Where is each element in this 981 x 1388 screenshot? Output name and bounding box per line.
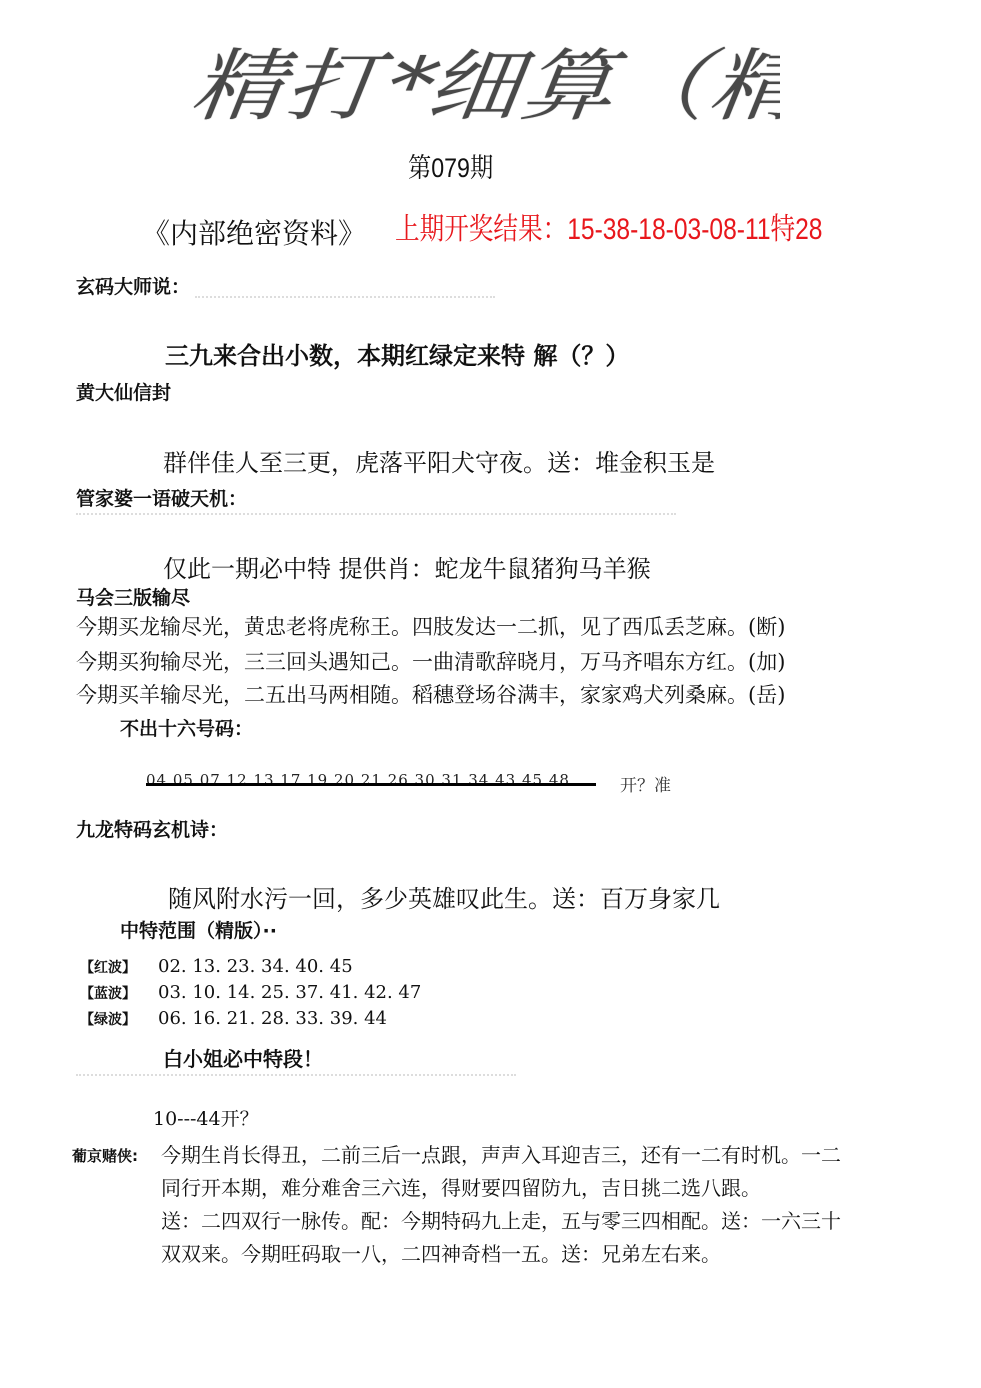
strikethrough-line [146, 783, 596, 786]
gambler-line: 今期生肖长得丑，二前三后一点跟，声声入耳迎吉三，还有一二有时机。一二 [161, 1139, 841, 1168]
housekeeper-text: 仅此一期必中特 提供肖：蛇龙牛鼠猪狗马羊猴 [163, 549, 651, 584]
miss-white-label: 白小姐必中特段！ [163, 1043, 323, 1072]
masthead-title-container: 精打*细算（精版） [180, 20, 780, 135]
faint-divider [76, 1074, 516, 1078]
nine-dragons-label: 九龙特码玄机诗： [76, 815, 228, 842]
wong-tai-sin-text: 群伴佳人至三更，虎落平阳犬守夜。送：堆金积玉是 [163, 443, 715, 478]
faint-divider [195, 296, 495, 300]
housekeeper-label: 管家婆一语破天机： [76, 484, 247, 511]
jockey-club-line: 今期买狗输尽光，三三回头遇知己。一曲清歌辞晓月，万马齐唱东方红。(加) [76, 646, 785, 676]
last-result-numbers: 15-38-18-03-08-11 [567, 213, 770, 246]
master-text: 三九来合出小数，本期红绿定来特 解（？） [165, 336, 629, 371]
wave-tag: 【红波】 [80, 957, 158, 977]
gambler-line: 同行开本期，难分难舍三六连，得财要四留防九，吉日挑二选八跟。 [161, 1172, 761, 1201]
masthead-title: 精打*细算（精版） [180, 37, 780, 135]
range-label: 中特范围（精版）·· [120, 916, 277, 943]
wong-tai-sin-label: 黄大仙信封 [76, 378, 171, 405]
master-label: 玄码大师说： [76, 272, 190, 299]
gambler-line: 送：二四双行一脉传。配：今期特码九上走，五与零三四相配。送：一六三十 [161, 1205, 841, 1234]
excluded-numbers: 04 05 07 12 13 17 19 20 21 26 30 31 34 4… [146, 771, 570, 789]
faint-divider [76, 513, 676, 517]
jockey-club-line: 今期买羊输尽光，二五出马两相随。稻穗登场谷满丰，家家鸡犬列桑麻。(岳) [76, 679, 785, 709]
wave-tag: 【蓝波】 [80, 983, 158, 1003]
last-result-label: 上期开奖结果： [395, 213, 567, 246]
no-sixteen-label: 不出十六号码： [120, 714, 253, 741]
gambler-label: 葡京赌侠: [72, 1145, 138, 1166]
jockey-club-line: 今期买龙输尽光，黄忠老将虎称王。四肢发达一二抓，见了西瓜丢芝麻。(断) [76, 611, 785, 641]
wave-numbers: 06. 16. 21. 28. 33. 39. 44 [158, 1008, 387, 1029]
miss-white-text: 10---44开？ [153, 1104, 259, 1131]
wave-numbers: 03. 10. 14. 25. 37. 41. 42. 47 [158, 982, 421, 1003]
last-draw-result: 上期开奖结果：15-38-18-03-08-11特28 [395, 204, 822, 248]
issue-number: 第079期 [408, 146, 493, 185]
blue-wave-row: 【蓝波】03. 10. 14. 25. 37. 41. 42. 47 [80, 982, 421, 1003]
open-question: 开？准 [620, 771, 671, 796]
gambler-line: 双双来。今期旺码取一八，二四神奇档一五。送：兄弟左右来。 [161, 1238, 721, 1267]
green-wave-row: 【绿波】06. 16. 21. 28. 33. 39. 44 [80, 1008, 387, 1029]
wave-numbers: 02. 13. 23. 34. 40. 45 [158, 956, 353, 977]
jockey-club-label: 马会三版输尽 [76, 583, 190, 610]
wave-tag: 【绿波】 [80, 1009, 158, 1029]
last-result-special: 特28 [771, 213, 823, 246]
document-subtitle: 《内部绝密资料》 [142, 212, 366, 252]
nine-dragons-text: 随风附水污一回，多少英雄叹此生。送：百万身家几 [168, 879, 720, 914]
red-wave-row: 【红波】02. 13. 23. 34. 40. 45 [80, 956, 353, 977]
